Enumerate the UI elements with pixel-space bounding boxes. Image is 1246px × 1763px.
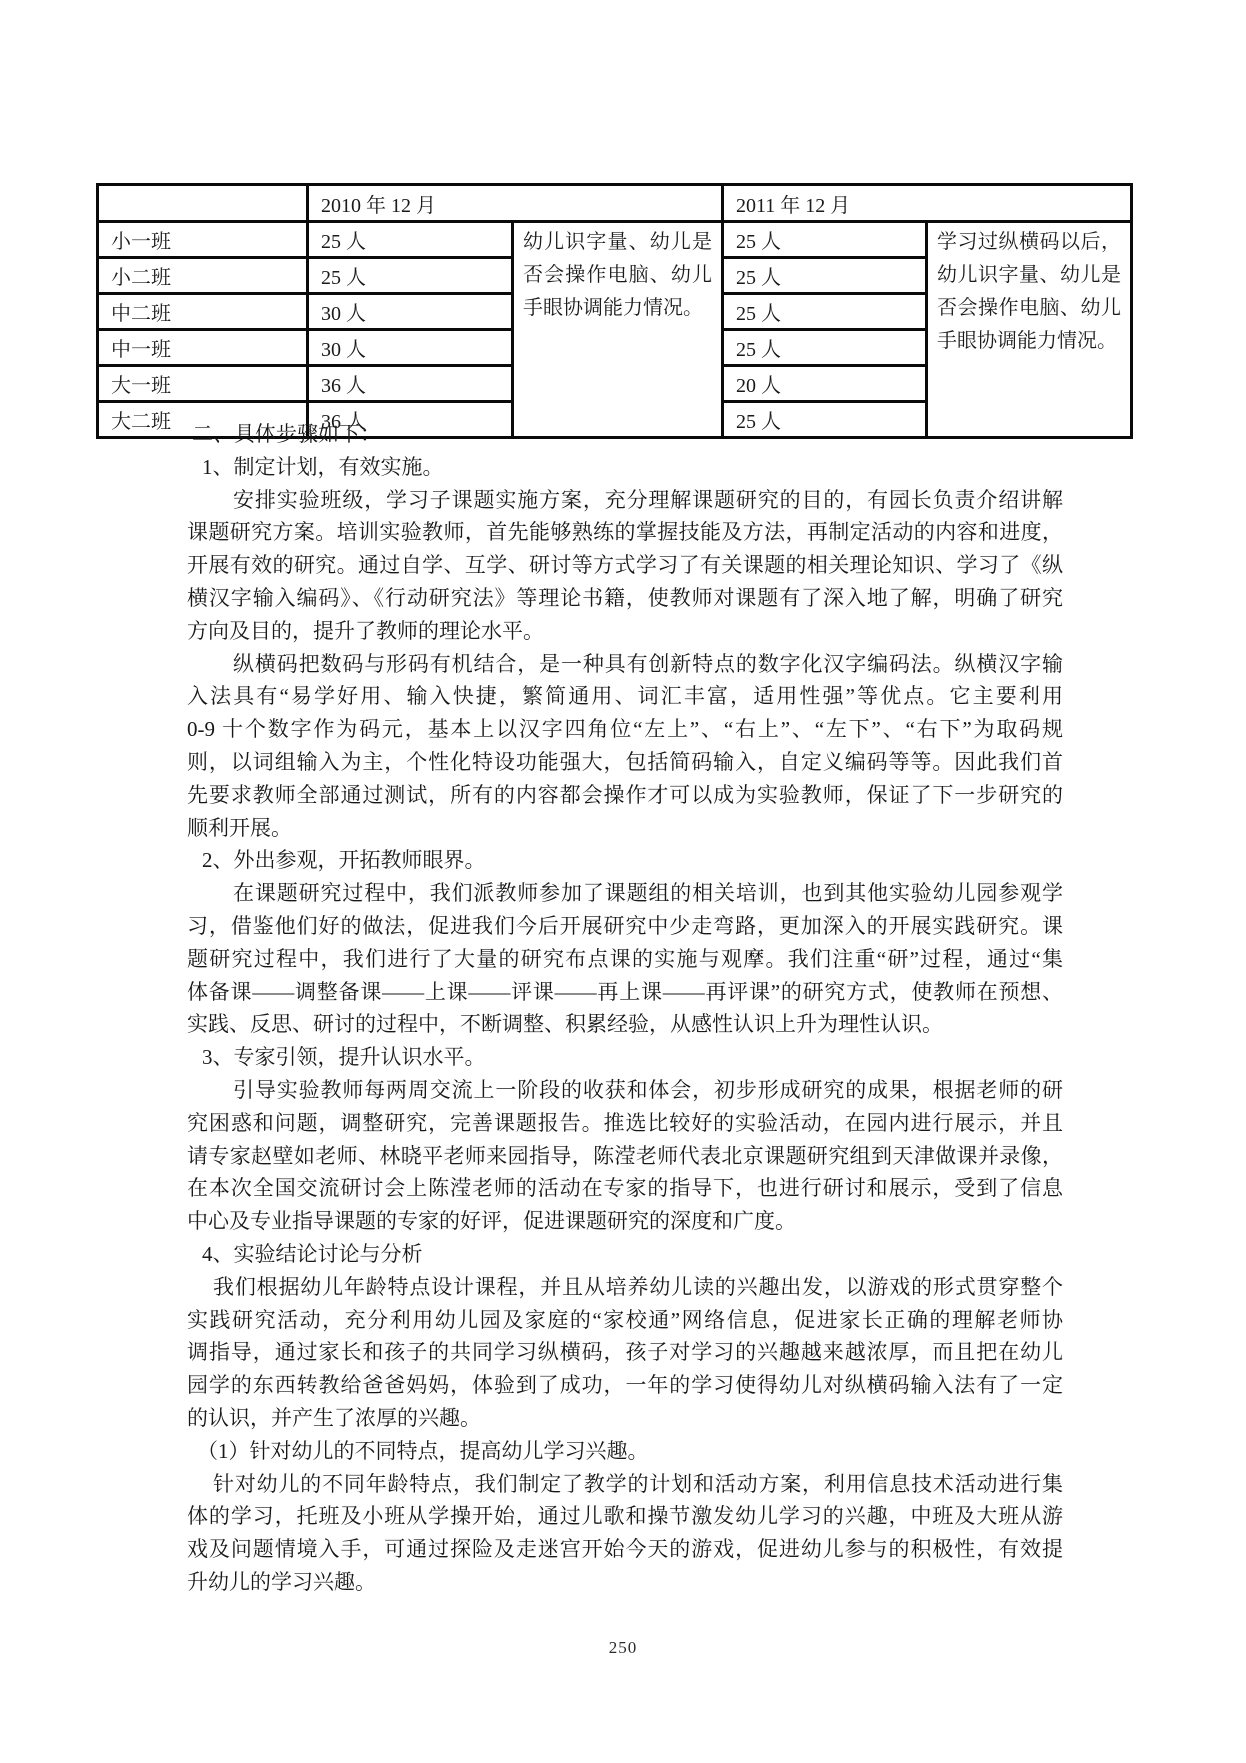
count-2010-cell: 30 人 — [308, 330, 513, 366]
text-line: 体的学习，托班及小班从学操开始，通过儿歌和操节激发幼儿学习的兴趣，中班及大班从游 — [187, 1500, 1063, 1533]
class-name-cell: 中二班 — [98, 294, 308, 330]
sub-item-heading: （1）针对幼儿的不同特点，提高幼儿学习兴趣。 — [187, 1435, 1063, 1468]
text-line: 针对幼儿的不同年龄特点，我们制定了教学的计划和活动方案，利用信息技术活动进行集 — [187, 1468, 1063, 1501]
text-line: 的认识，并产生了浓厚的兴趣。 — [187, 1402, 1063, 1435]
note-2010-cell: 幼儿识字量、幼儿是否会操作电脑、幼儿手眼协调能力情况。 — [513, 222, 723, 438]
header-2011-cell: 2011 年 12 月 — [723, 185, 1132, 222]
text-line: 体备课——调整备课——上课——评课——再上课——再评课”的研究方式，使教师在预想… — [187, 976, 1063, 1009]
class-name-cell: 小二班 — [98, 258, 308, 294]
text-line: 园学的东西转教给爸爸妈妈，体验到了成功，一年的学习使得幼儿对纵横码输入法有了一定 — [187, 1369, 1063, 1402]
text-line: 实践、反思、研讨的过程中，不断调整、积累经验，从感性认识上升为理性认识。 — [187, 1008, 1063, 1041]
header-blank-cell — [98, 185, 308, 222]
text-line: 升幼儿的学习兴趣。 — [187, 1566, 1063, 1599]
text-line: 纵横码把数码与形码有机结合，是一种具有创新特点的数字化汉字编码法。纵横汉字输 — [187, 648, 1063, 681]
header-2010-cell: 2010 年 12 月 — [308, 185, 723, 222]
step-heading: 1、制定计划，有效实施。 — [187, 451, 1063, 484]
count-2010-cell: 25 人 — [308, 258, 513, 294]
class-name-cell: 中一班 — [98, 330, 308, 366]
count-2011-cell: 25 人 — [723, 222, 927, 258]
page-number: 250 — [0, 1638, 1246, 1658]
text-line: 安排实验班级，学习子课题实施方案，充分理解课题研究的目的，有园长负责介绍讲解 — [187, 484, 1063, 517]
text-line: 方向及目的，提升了教师的理论水平。 — [187, 615, 1063, 648]
text-line: 习，借鉴他们好的做法，促进我们今后开展研究中少走弯路，更加深入的开展实践研究。课 — [187, 910, 1063, 943]
text-line: 课题研究方案。培训实验教师，首先能够熟练的掌握技能及方法，再制定活动的内容和进度… — [187, 516, 1063, 549]
text-line: 在本次全国交流研讨会上陈滢老师的活动在专家的指导下，也进行研讨和展示，受到了信息 — [187, 1172, 1063, 1205]
count-2010-cell: 25 人 — [308, 222, 513, 258]
text-line: 入法具有“易学好用、输入快捷，繁简通用、词汇丰富，适用性强”等优点。它主要利用 — [187, 680, 1063, 713]
count-2011-cell: 20 人 — [723, 366, 927, 402]
text-line: 戏及问题情境入手，可通过探险及走迷宫开始今天的游戏，促进幼儿参与的积极性，有效提 — [187, 1533, 1063, 1566]
count-2011-cell: 25 人 — [723, 294, 927, 330]
body-text: 二、具体步骤如下： 1、制定计划，有效实施。 安排实验班级，学习子课题实施方案，… — [187, 418, 1063, 1599]
text-line: 引导实验教师每两周交流上一阶段的收获和体会，初步形成研究的成果，根据老师的研 — [187, 1074, 1063, 1107]
text-line: 0-9 十个数字作为码元，基本上以汉字四角位“左上”、“右上”、“左下”、“右下… — [187, 713, 1063, 746]
text-line: 我们根据幼儿年龄特点设计课程，并且从培养幼儿读的兴趣出发，以游戏的形式贯穿整个 — [187, 1271, 1063, 1304]
text-line: 题研究过程中，我们进行了大量的研究布点课的实施与观摩。我们注重“研”过程，通过“… — [187, 943, 1063, 976]
text-line: 则，以词组输入为主，个性化特设功能强大，包括简码输入，自定义编码等等。因此我们首 — [187, 746, 1063, 779]
text-line: 先要求教师全部通过测试，所有的内容都会操作才可以成为实验教师，保证了下一步研究的 — [187, 779, 1063, 812]
text-line: 实践研究活动，充分利用幼儿园及家庭的“家校通”网络信息，促进家长正确的理解老师协 — [187, 1304, 1063, 1337]
table-header-row: 2010 年 12 月 2011 年 12 月 — [98, 185, 1132, 222]
class-name-cell: 大一班 — [98, 366, 308, 402]
table-row: 小一班 25 人 幼儿识字量、幼儿是否会操作电脑、幼儿手眼协调能力情况。 25 … — [98, 222, 1132, 258]
count-2011-cell: 25 人 — [723, 258, 927, 294]
count-2010-cell: 30 人 — [308, 294, 513, 330]
text-line: 顺利开展。 — [187, 812, 1063, 845]
text-line: 横汉字输入编码》、《行动研究法》等理论书籍，使教师对课题有了深入地了解，明确了研… — [187, 582, 1063, 615]
text-line: 究困惑和问题，调整研究，完善课题报告。推选比较好的实验活动，在园内进行展示，并且 — [187, 1107, 1063, 1140]
count-2010-cell: 36 人 — [308, 366, 513, 402]
text-line: 开展有效的研究。通过自学、互学、研讨等方式学习了有关课题的相关理论知识、学习了《… — [187, 549, 1063, 582]
section-heading: 二、具体步骤如下： — [187, 418, 1063, 451]
step-heading: 2、外出参观，开拓教师眼界。 — [187, 844, 1063, 877]
document-page: 2010 年 12 月 2011 年 12 月 小一班 25 人 幼儿识字量、幼… — [0, 0, 1246, 1763]
note-2011-cell: 学习过纵横码以后，幼儿识字量、幼儿是否会操作电脑、幼儿手眼协调能力情况。 — [927, 222, 1132, 438]
count-2011-cell: 25 人 — [723, 330, 927, 366]
class-comparison-table: 2010 年 12 月 2011 年 12 月 小一班 25 人 幼儿识字量、幼… — [96, 183, 1133, 439]
text-line: 调指导，通过家长和孩子的共同学习纵横码，孩子对学习的兴趣越来越浓厚，而且把在幼儿 — [187, 1336, 1063, 1369]
step-heading: 3、专家引领，提升认识水平。 — [187, 1041, 1063, 1074]
text-line: 请专家赵壁如老师、林晓平老师来园指导，陈滢老师代表北京课题研究组到天津做课并录像… — [187, 1140, 1063, 1173]
text-line: 在课题研究过程中，我们派教师参加了课题组的相关培训，也到其他实验幼儿园参观学 — [187, 877, 1063, 910]
text-line: 中心及专业指导课题的专家的好评，促进课题研究的深度和广度。 — [187, 1205, 1063, 1238]
class-name-cell: 小一班 — [98, 222, 308, 258]
step-heading: 4、实验结论讨论与分析 — [187, 1238, 1063, 1271]
